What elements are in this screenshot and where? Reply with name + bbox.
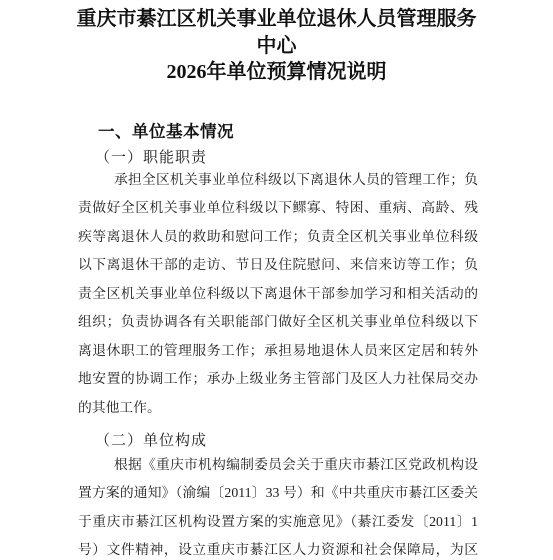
text-line: 责全区机关事业单位科级以下离退休干部参加学习和相关活动的 (78, 280, 478, 308)
text-line: 置方案的通知》（渝编〔2011〕33 号）和《中共重庆市綦江区委关 (78, 479, 478, 507)
paragraph-duties: 承担全区机关事业单位科级以下离退休人员的管理工作；负 责做好全区机关事业单位科级… (78, 166, 478, 422)
text-line: 地安置的协调工作；承办上级业务主管部门及区人力社保局交办 (78, 365, 478, 393)
text-line: 责做好全区机关事业单位科级以下鳏寡、特困、重病、高龄、残 (78, 194, 478, 222)
section-heading-basic-info: 一、单位基本情况 (98, 118, 234, 142)
subsection-heading-duties: （一）职能职责 (95, 146, 207, 167)
text-line: 离退休职工的管理服务工作；承担易地退休人员来区定居和转外 (78, 337, 478, 365)
title-line-3: 2026年单位预算情况说明 (0, 59, 553, 86)
document-page: 重庆市綦江区机关事业单位退休人员管理服务 中心 2026年单位预算情况说明 一、… (0, 0, 553, 560)
text-line: 的其他工作。 (78, 394, 478, 422)
text-line: 号）文件精神，设立重庆市綦江区人力资源和社会保障局，为区 (78, 536, 478, 560)
document-title: 重庆市綦江区机关事业单位退休人员管理服务 中心 2026年单位预算情况说明 (0, 6, 553, 86)
title-line-1: 重庆市綦江区机关事业单位退休人员管理服务 (0, 6, 553, 33)
text-line: 以下离退休干部的走访、节日及住院慰问、来信来访等工作；负 (78, 251, 478, 279)
text-line: 于重庆市綦江区机构设置方案的实施意见》（綦江委发〔2011〕1 (78, 508, 478, 536)
text-line: 组织；负责协调各有关职能部门做好全区机关事业单位科级以下 (78, 308, 478, 336)
title-line-2: 中心 (0, 33, 553, 60)
subsection-heading-composition: （二）单位构成 (95, 429, 207, 450)
text-line: 承担全区机关事业单位科级以下离退休人员的管理工作；负 (78, 166, 478, 194)
text-line: 疾等离退休人员的救助和慰问工作；负责全区机关事业单位科级 (78, 223, 478, 251)
paragraph-composition: 根据《重庆市机构编制委员会关于重庆市綦江区党政机构设 置方案的通知》（渝编〔20… (78, 451, 478, 560)
text-line: 根据《重庆市机构编制委员会关于重庆市綦江区党政机构设 (78, 451, 478, 479)
